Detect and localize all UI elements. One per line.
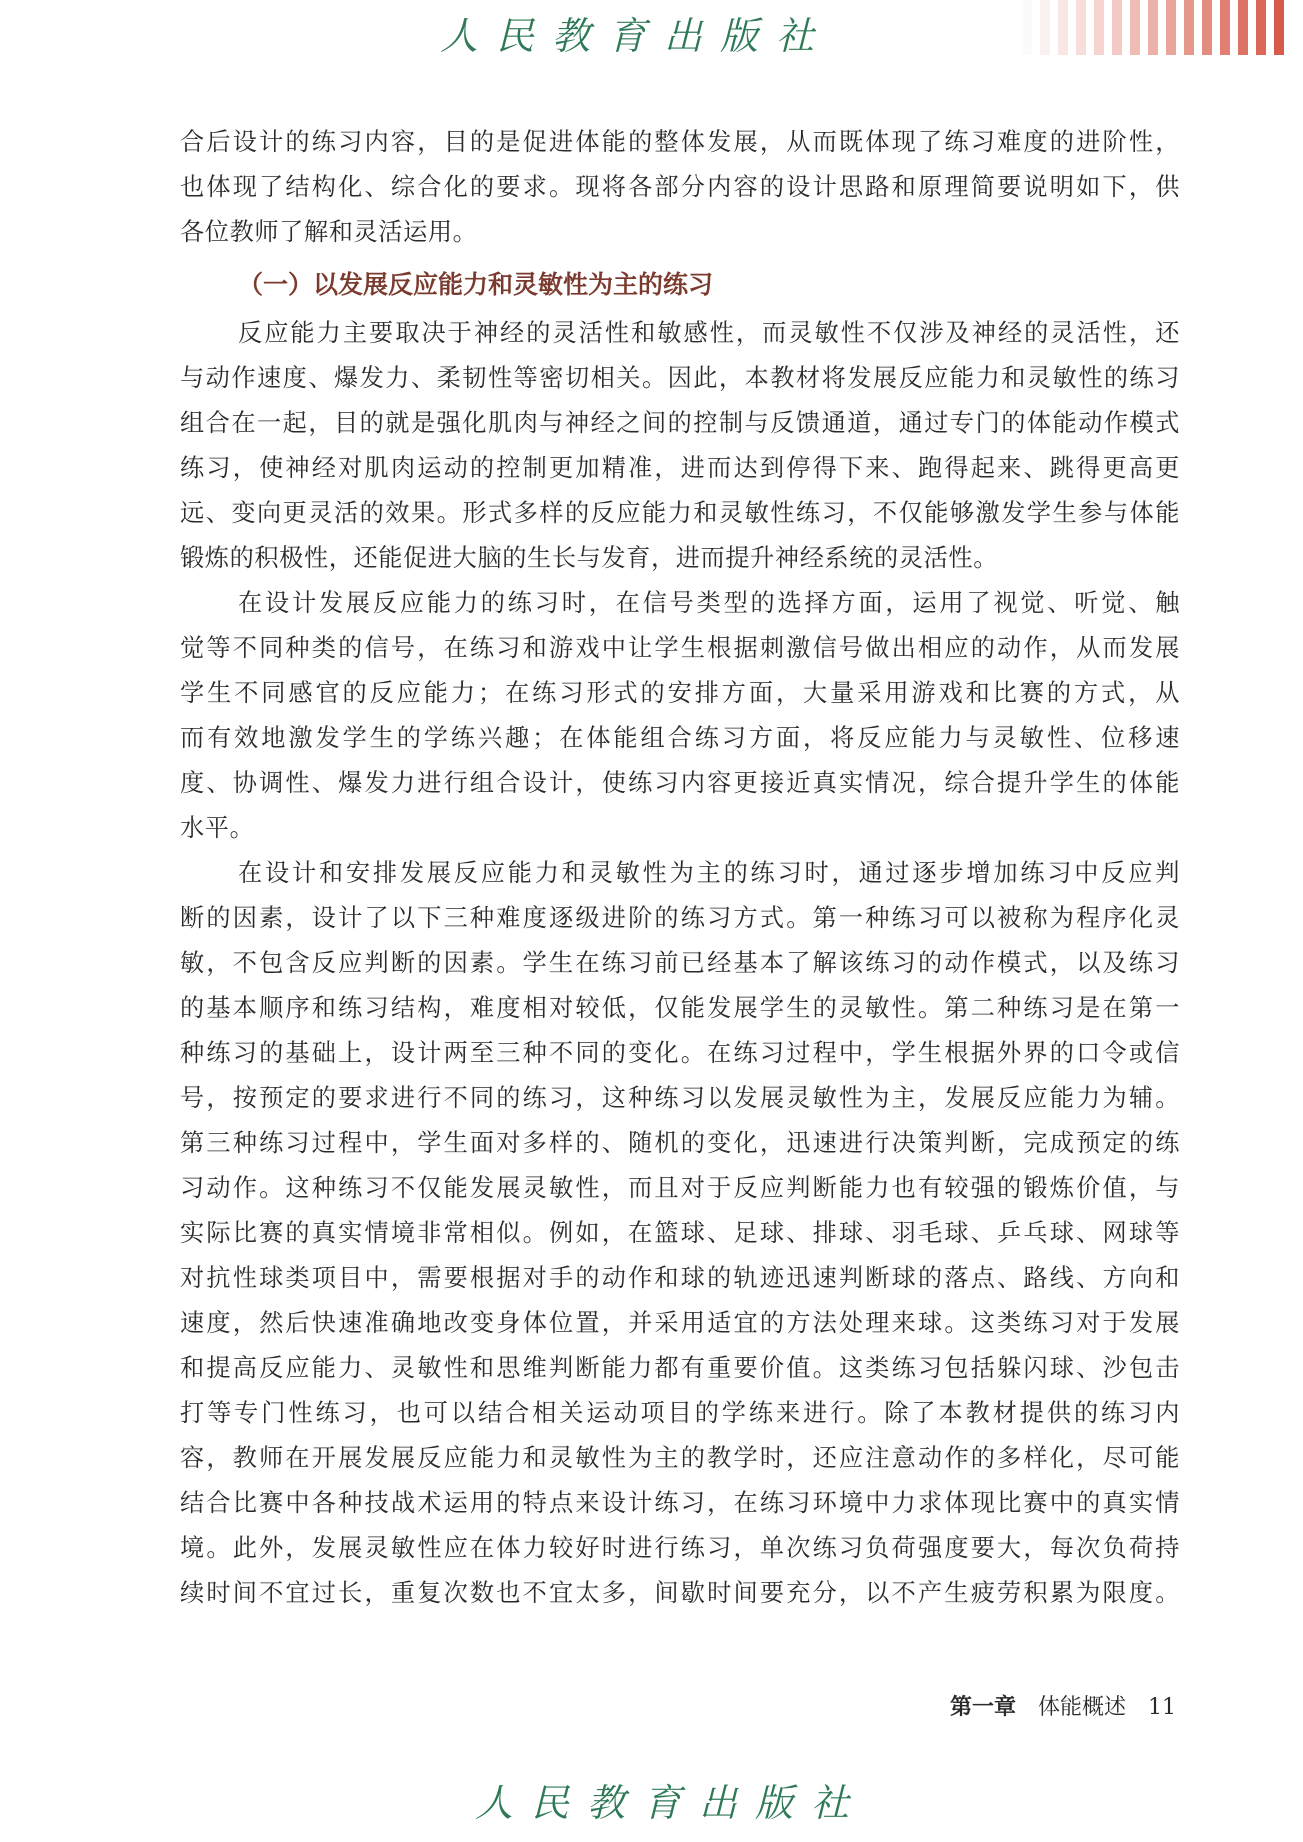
stripe (1256, 0, 1266, 55)
page-content: 合后设计的练习内容，目的是促进体能的整体发展，从而既体现了练习难度的进阶性， 也… (180, 120, 1180, 1616)
page-footer: 第一章体能概述11 (950, 1690, 1176, 1721)
text-line: 而有效地激发学生的学练兴趣；在体能组合练习方面，将反应能力与灵敏性、位移速 (180, 716, 1180, 761)
text-line: 学生不同感官的反应能力；在练习形式的安排方面，大量采用游戏和比赛的方式，从 (180, 671, 1180, 716)
stripe (1274, 0, 1284, 55)
text-line: 合后设计的练习内容，目的是促进体能的整体发展，从而既体现了练习难度的进阶性， (180, 120, 1180, 165)
text-line: 与动作速度、爆发力、柔韧性等密切相关。因此，本教材将发展反应能力和灵敏性的练习 (180, 356, 1180, 401)
stripe (1112, 0, 1122, 55)
text-line: 打等专门性练习，也可以结合相关运动项目的学练来进行。除了本教材提供的练习内 (180, 1391, 1180, 1436)
text-line: 在设计和安排发展反应能力和灵敏性为主的练习时，通过逐步增加练习中反应判 (180, 851, 1180, 896)
stripe (1094, 0, 1104, 55)
text-line: 速度，然后快速准确地改变身体位置，并采用适宜的方法处理来球。这类练习对于发展 (180, 1301, 1180, 1346)
text-line: 的基本顺序和练习结构，难度相对较低，仅能发展学生的灵敏性。第二种练习是在第一 (180, 986, 1180, 1031)
stripe (1022, 0, 1032, 55)
text-line: 各位教师了解和灵活运用。 (180, 210, 1180, 255)
stripe (1220, 0, 1230, 55)
text-line: 容，教师在开展发展反应能力和灵敏性为主的教学时，还应注意动作的多样化，尽可能 (180, 1436, 1180, 1481)
text-line: 习动作。这种练习不仅能发展灵敏性，而且对于反应判断能力也有较强的锻炼价值，与 (180, 1166, 1180, 1211)
text-line: 敏，不包含反应判断的因素。学生在练习前已经基本了解该练习的动作模式，以及练习 (180, 941, 1180, 986)
stripe (1058, 0, 1068, 55)
text-line: 第三种练习过程中，学生面对多样的、随机的变化，迅速进行决策判断，完成预定的练 (180, 1121, 1180, 1166)
paragraph-3: 在设计和安排发展反应能力和灵敏性为主的练习时，通过逐步增加练习中反应判 断的因素… (180, 851, 1180, 1616)
text-line: 和提高反应能力、灵敏性和思维判断能力都有重要价值。这类练习包括躲闪球、沙包击 (180, 1346, 1180, 1391)
stripe (1130, 0, 1140, 55)
text-line: 结合比赛中各种技战术运用的特点来设计练习，在练习环境中力求体现比赛中的真实情 (180, 1481, 1180, 1526)
stripe (1040, 0, 1050, 55)
text-line: 也体现了结构化、综合化的要求。现将各部分内容的设计思路和原理简要说明如下，供 (180, 165, 1180, 210)
stripe (1148, 0, 1158, 55)
text-line: 实际比赛的真实情境非常相似。例如，在篮球、足球、排球、羽毛球、乒乓球、网球等 (180, 1211, 1180, 1256)
stripe (1166, 0, 1176, 55)
page-number: 11 (1148, 1695, 1176, 1720)
section-heading: （一）以发展反应能力和灵敏性为主的练习 (180, 255, 1180, 311)
paragraph-1: 反应能力主要取决于神经的灵活性和敏感性，而灵敏性不仅涉及神经的灵活性，还 与动作… (180, 311, 1180, 581)
stripe (1076, 0, 1086, 55)
text-line: 远、变向更灵活的效果。形式多样的反应能力和灵敏性练习，不仅能够激发学生参与体能 (180, 491, 1180, 536)
decorative-stripes (1022, 0, 1303, 55)
text-line: 境。此外，发展灵敏性应在体力较好时进行练习，单次练习负荷强度要大，每次负荷持 (180, 1526, 1180, 1571)
text-line: 对抗性球类项目中，需要根据对手的动作和球的轨迹迅速判断球的落点、路线、方向和 (180, 1256, 1180, 1301)
text-line: 觉等不同种类的信号，在练习和游戏中让学生根据刺激信号做出相应的动作，从而发展 (180, 626, 1180, 671)
text-line: 断的因素，设计了以下三种难度逐级进阶的练习方式。第一种练习可以被称为程序化灵 (180, 896, 1180, 941)
chapter-label: 第一章 (950, 1694, 1016, 1720)
stripe (1184, 0, 1194, 55)
text-line: 反应能力主要取决于神经的灵活性和敏感性，而灵敏性不仅涉及神经的灵活性，还 (180, 311, 1180, 356)
publisher-logo-text: 人民教育出版社 (475, 1775, 875, 1831)
footer-publisher-logo: 人民教育出版社 (475, 1775, 875, 1831)
chapter-title: 体能概述 (1038, 1695, 1126, 1720)
paragraph-2: 在设计发展反应能力的练习时，在信号类型的选择方面，运用了视觉、听觉、触 觉等不同… (180, 581, 1180, 851)
text-line: 度、协调性、爆发力进行组合设计，使练习内容更接近真实情况，综合提升学生的体能 (180, 761, 1180, 806)
text-line: 组合在一起，目的就是强化肌肉与神经之间的控制与反馈通道，通过专门的体能动作模式 (180, 401, 1180, 446)
text-line: 续时间不宜过长，重复次数也不宜太多，间歇时间要充分，以不产生疲劳积累为限度。 (180, 1571, 1180, 1616)
text-line: 在设计发展反应能力的练习时，在信号类型的选择方面，运用了视觉、听觉、触 (180, 581, 1180, 626)
stripe (1238, 0, 1248, 55)
stripe (1202, 0, 1212, 55)
text-line: 锻炼的积极性，还能促进大脑的生长与发育，进而提升神经系统的灵活性。 (180, 536, 1180, 581)
text-line: 水平。 (180, 806, 1180, 851)
text-line: 号，按预定的要求进行不同的练习，这种练习以发展灵敏性为主，发展反应能力为辅。 (180, 1076, 1180, 1121)
publisher-logo-text: 人民教育出版社 (440, 8, 860, 64)
text-line: 种练习的基础上，设计两至三种不同的变化。在练习过程中，学生根据外界的口令或信 (180, 1031, 1180, 1076)
header-publisher-logo: 人民教育出版社 (440, 8, 860, 64)
intro-paragraph: 合后设计的练习内容，目的是促进体能的整体发展，从而既体现了练习难度的进阶性， 也… (180, 120, 1180, 255)
text-line: 练习，使神经对肌肉运动的控制更加精准，进而达到停得下来、跑得起来、跳得更高更 (180, 446, 1180, 491)
